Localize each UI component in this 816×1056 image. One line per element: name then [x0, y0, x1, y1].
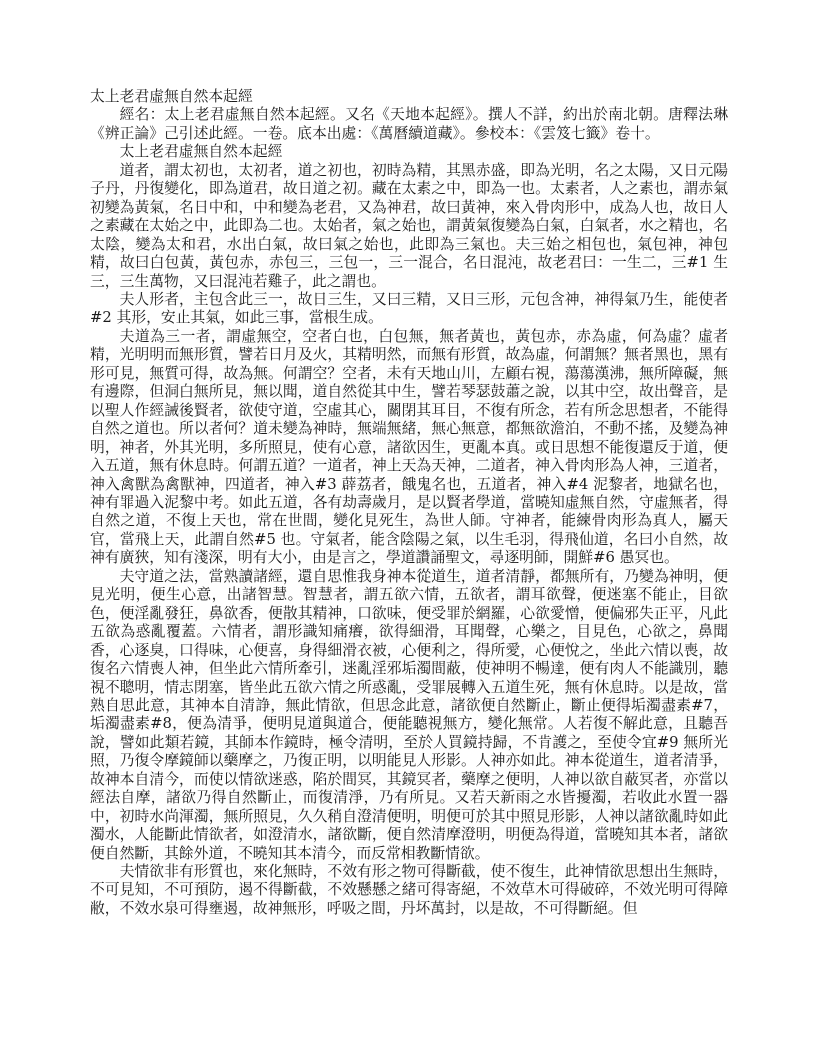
paragraph-desire-formless: 夫情欲非有形質也，來化無時，不效有形之物可得斷截，使不復生，此神情欲思想出生無時…	[90, 863, 728, 918]
paragraph-colophon: 經名：太上老君虛無自然本起經。又名《天地本起經》。撰人不詳，約出於南北朝。唐釋法…	[90, 106, 728, 143]
paragraph-dao-origin: 道者，謂太初也，太初者，道之初也，初時為精，其黑赤盛，即為光明，名之太陽，又日元…	[90, 162, 728, 291]
document-body: 太上老君虛無自然本起經 經名：太上老君虛無自然本起經。又名《天地本起經》。撰人不…	[90, 88, 728, 918]
document-title: 太上老君虛無自然本起經	[90, 88, 728, 106]
paragraph-keeping-the-dao: 夫守道之法，當熟讀諸經，還自思惟我身神本從道生，道者清靜，都無所有，乃變為神明，…	[90, 568, 728, 863]
paragraph-three-in-one: 夫道為三一者，謂虛無空，空者白也，白包無，無者黃也，黃包赤，赤為虛，何為虛？虛者…	[90, 328, 728, 568]
document-page: 太上老君虛無自然本起經 經名：太上老君虛無自然本起經。又名《天地本起經》。撰人不…	[0, 0, 816, 1056]
paragraph-human-form: 夫人形者，主包含此三一，故日三生，又曰三精，又日三形，元包含神，神得氣乃生，能使…	[90, 291, 728, 328]
paragraph-scripture-title: 太上老君虛無自然本起經	[90, 143, 728, 161]
